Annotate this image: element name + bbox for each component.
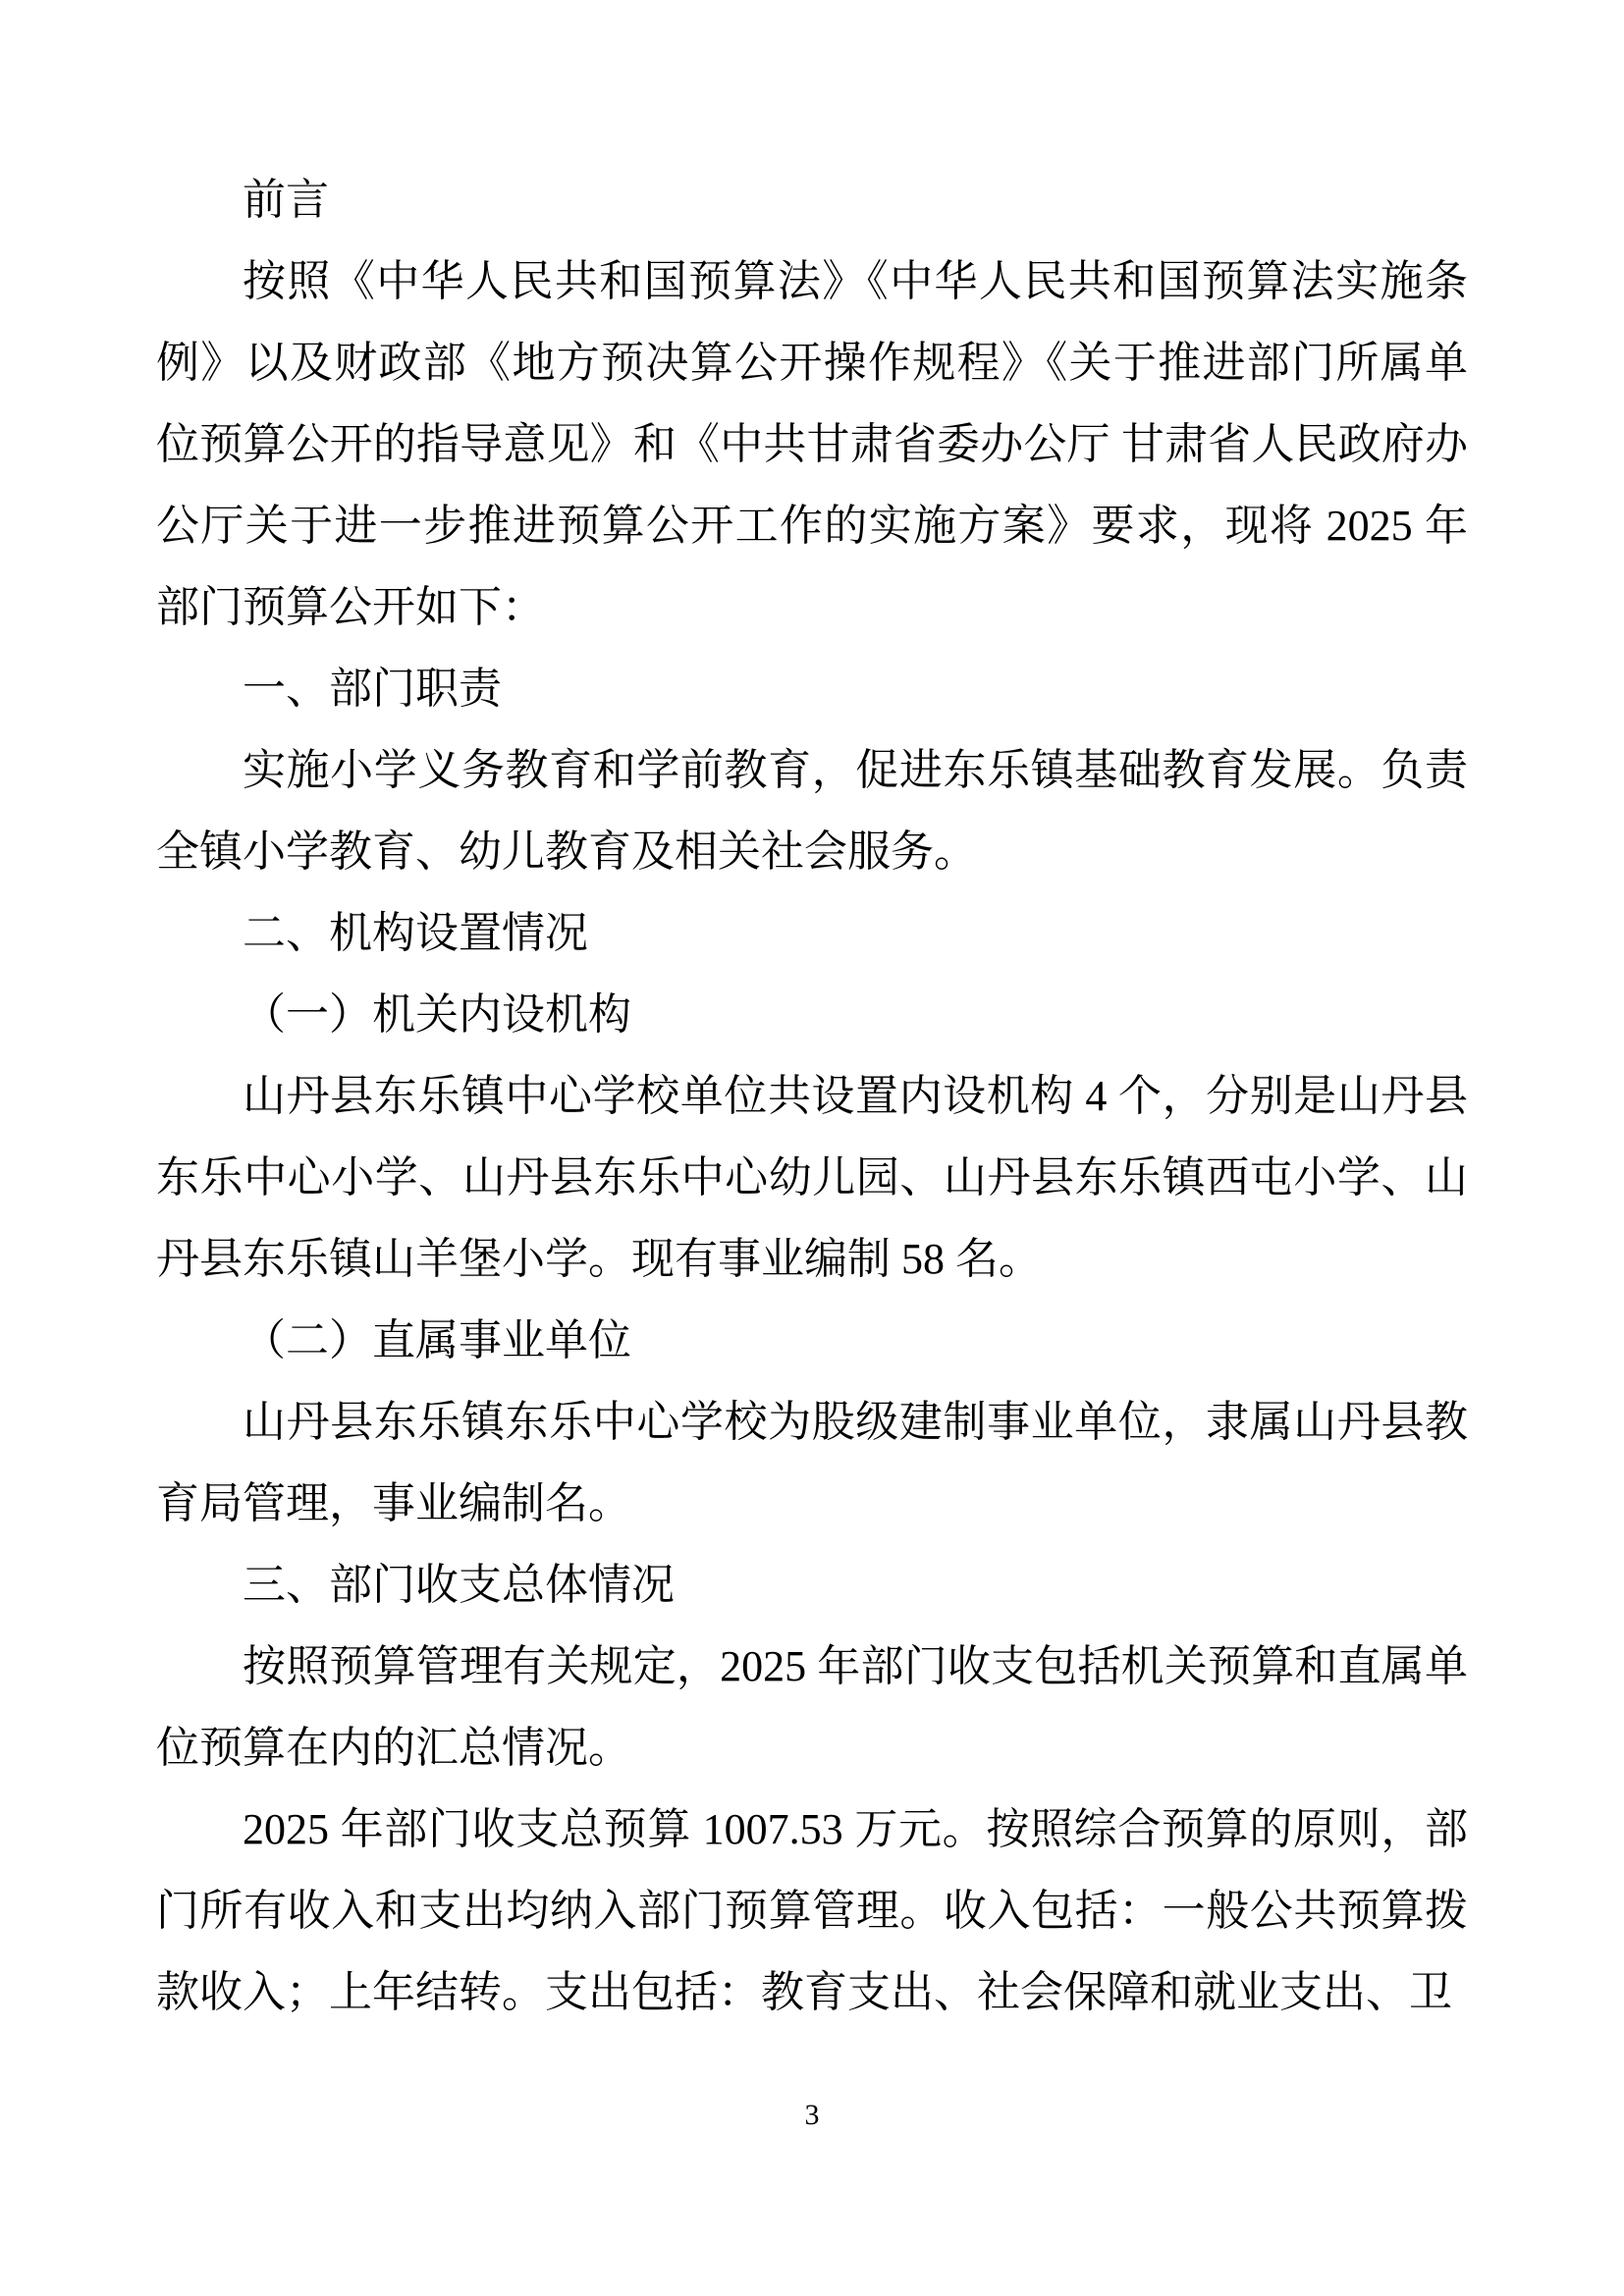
paragraph-legal-basis: 按照《中华人民共和国预算法》《中华人民共和国预算法实施条例》以及财政部《地方预决… bbox=[156, 240, 1468, 648]
document-page: 前言 按照《中华人民共和国预算法》《中华人民共和国预算法实施条例》以及财政部《地… bbox=[0, 0, 1624, 2296]
page-number: 3 bbox=[805, 2099, 820, 2131]
document-content: 前言 按照《中华人民共和国预算法》《中华人民共和国预算法实施条例》以及财政部《地… bbox=[156, 159, 1468, 2033]
heading-foreword: 前言 bbox=[156, 159, 1468, 240]
heading-3-revenue-expenditure-overview: 三、部门收支总体情况 bbox=[156, 1544, 1468, 1626]
paragraph-department-duties: 实施小学义务教育和学前教育，促进东乐镇基础教育发展。负责全镇小学教育、幼儿教育及… bbox=[156, 729, 1468, 892]
heading-2-organization-setup: 二、机构设置情况 bbox=[156, 892, 1468, 974]
heading-1-department-duties: 一、部门职责 bbox=[156, 648, 1468, 729]
page-footer: 3 bbox=[0, 2101, 1624, 2130]
paragraph-subordinate-units: 山丹县东乐镇东乐中心学校为股级建制事业单位，隶属山丹县教育局管理，事业编制名。 bbox=[156, 1381, 1468, 1544]
heading-2-2-subordinate-units: （二）直属事业单位 bbox=[156, 1300, 1468, 1381]
paragraph-budget-overview-2: 2025 年部门收支总预算 1007.53 万元。按照综合预算的原则，部门所有收… bbox=[156, 1789, 1468, 2033]
paragraph-budget-overview-1: 按照预算管理有关规定，2025 年部门收支包括机关预算和直属单位预算在内的汇总情… bbox=[156, 1626, 1468, 1789]
paragraph-internal-organs: 山丹县东乐镇中心学校单位共设置内设机构 4 个，分别是山丹县东乐中心小学、山丹县… bbox=[156, 1055, 1468, 1300]
heading-2-1-internal-organs: （一）机关内设机构 bbox=[156, 974, 1468, 1055]
